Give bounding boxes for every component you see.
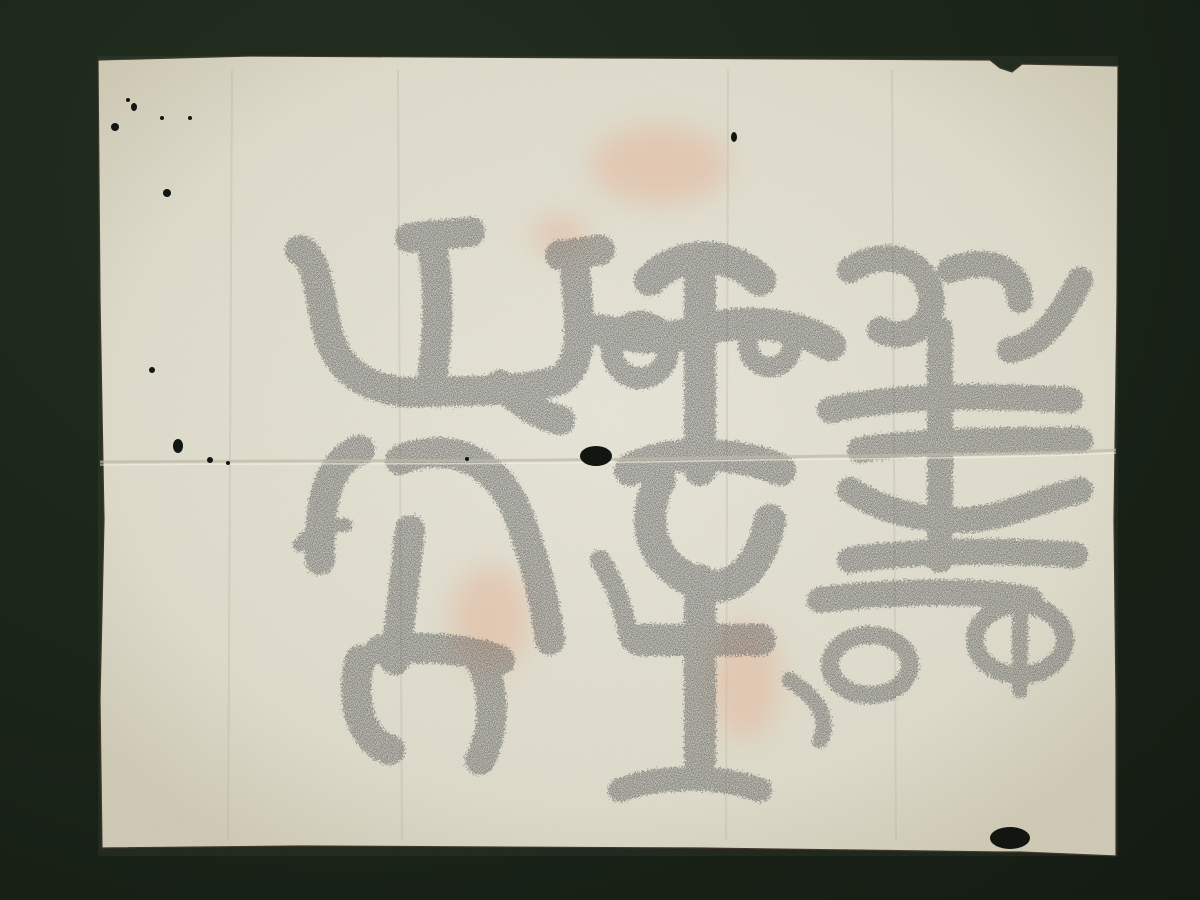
rubbing-sheet xyxy=(0,0,1200,900)
